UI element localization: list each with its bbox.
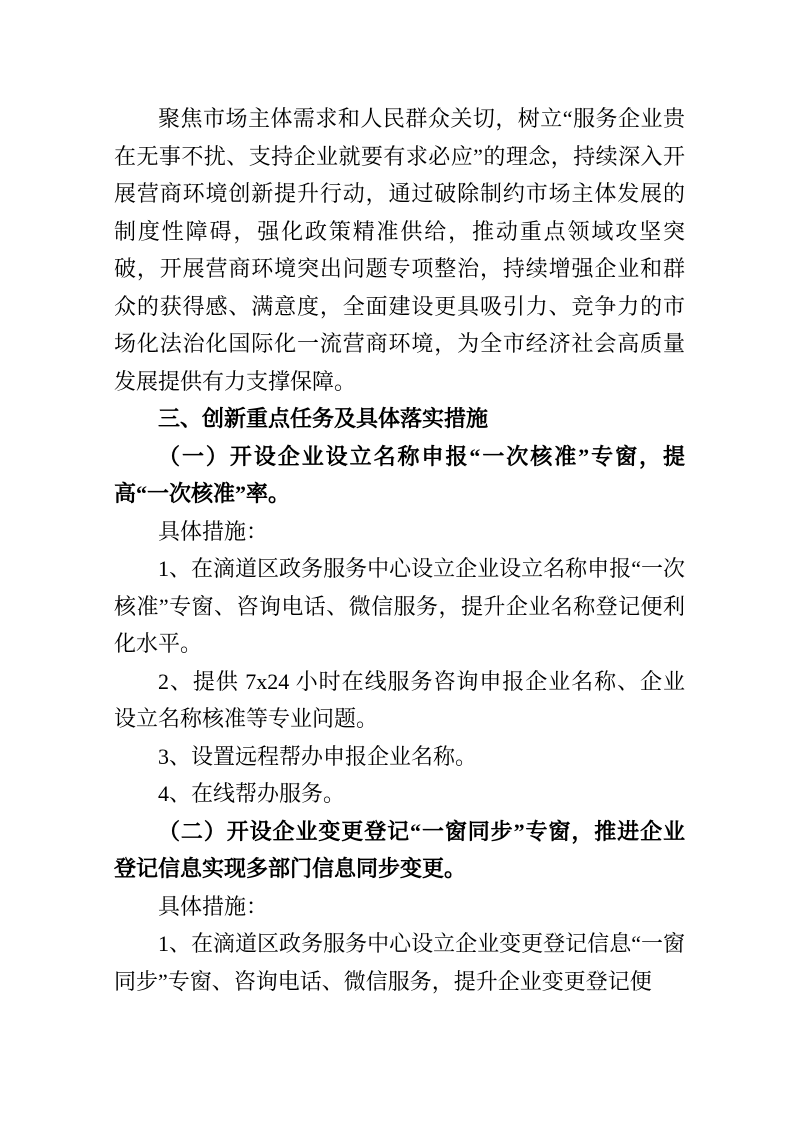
section-heading-3: 三、创新重点任务及具体落实措施 bbox=[114, 400, 685, 438]
document-body: 聚焦市场主体需求和人民群众关切，树立“服务企业贵在无事不扰、支持企业就要有求必应… bbox=[114, 100, 685, 1000]
measure-item-1-2: 2、提供 7x24 小时在线服务咨询申报企业名称、企业设立名称核准等专业问题。 bbox=[114, 663, 685, 738]
subsection-heading-2: （二）开设企业变更登记“一窗同步”专窗，推进企业登记信息实现多部门信息同步变更。 bbox=[114, 813, 685, 888]
measures-label-2: 具体措施： bbox=[114, 888, 685, 926]
measure-item-1-1: 1、在滴道区政务服务中心设立企业设立名称申报“一次核准”专窗、咨询电话、微信服务… bbox=[114, 550, 685, 663]
measure-item-2-1: 1、在滴道区政务服务中心设立企业变更登记信息“一窗同步”专窗、咨询电话、微信服务… bbox=[114, 925, 685, 1000]
measure-item-1-4: 4、在线帮办服务。 bbox=[114, 775, 685, 813]
intro-paragraph: 聚焦市场主体需求和人民群众关切，树立“服务企业贵在无事不扰、支持企业就要有求必应… bbox=[114, 100, 685, 400]
document-page: 聚焦市场主体需求和人民群众关切，树立“服务企业贵在无事不扰、支持企业就要有求必应… bbox=[0, 0, 793, 1122]
measure-item-1-3: 3、设置远程帮办申报企业名称。 bbox=[114, 738, 685, 776]
measures-label-1: 具体措施： bbox=[114, 513, 685, 551]
subsection-heading-1: （一）开设企业设立名称申报“一次核准”专窗，提高“一次核准”率。 bbox=[114, 438, 685, 513]
